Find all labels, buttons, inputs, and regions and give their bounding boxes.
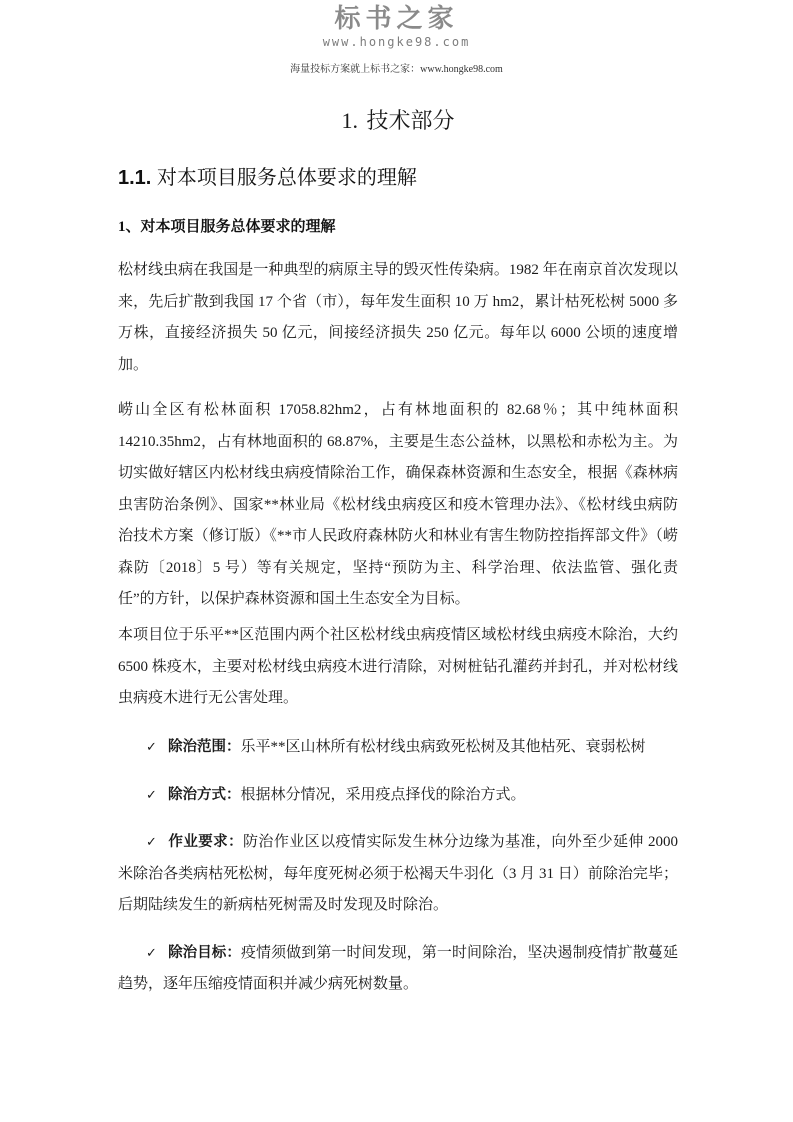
page-header: 标书之家 www.hongke98.com 海量投标方案就上标书之家：www.h…: [0, 4, 793, 77]
paragraph: 崂山全区有松林面积 17058.82hm2，占有林地面积的 82.68％；其中纯…: [118, 395, 678, 616]
checkmark-icon: ✓: [146, 938, 168, 970]
bullet-item: ✓除治方式：根据林分情况，采用疫点择伐的除治方式。: [118, 780, 678, 812]
bullet-label: 除治范围：: [168, 739, 241, 755]
bullet-label: 除治目标：: [168, 945, 241, 961]
paragraph: 松材线虫病在我国是一种典型的病原主导的毁灭性传染病。1982 年在南京首次发现以…: [118, 255, 678, 381]
chapter-title-text: 技术部分: [366, 108, 454, 133]
bullet-text: 乐平**区山林所有松材线虫病致死松树及其他枯死、衰弱松树: [241, 739, 646, 755]
bullet-text: 根据林分情况，采用疫点择伐的除治方式。: [241, 787, 526, 803]
bullet-item: ✓除治范围：乐平**区山林所有松材线虫病致死松树及其他枯死、衰弱松树: [118, 732, 678, 764]
header-slogan: 海量投标方案就上标书之家：www.hongke98.com: [0, 63, 793, 77]
logo-url: www.hongke98.com: [0, 35, 793, 49]
section-title: 1.1. 对本项目服务总体要求的理解: [118, 161, 417, 190]
subsection-title: 1、对本项目服务总体要求的理解: [118, 215, 336, 236]
bullet-item: ✓作业要求：防治作业区以疫情实际发生林分边缘为基准，向外至少延伸 2000 米除…: [118, 827, 678, 922]
checkmark-icon: ✓: [146, 827, 168, 859]
bullet-list: ✓除治范围：乐平**区山林所有松材线虫病致死松树及其他枯死、衰弱松树 ✓除治方式…: [118, 732, 678, 1017]
bullet-label: 作业要求：: [168, 834, 243, 850]
section-title-text: 对本项目服务总体要求的理解: [157, 167, 417, 189]
section-number: 1.1.: [118, 167, 151, 189]
bullet-label: 除治方式：: [168, 787, 241, 803]
chapter-number: 1.: [341, 108, 358, 133]
bullet-item: ✓除治目标：疫情须做到第一时间发现，第一时间除治，坚决遏制疫情扩散蔓延趋势，逐年…: [118, 938, 678, 1001]
checkmark-icon: ✓: [146, 732, 168, 764]
checkmark-icon: ✓: [146, 780, 168, 812]
logo-title: 标书之家: [0, 4, 793, 34]
paragraph: 本项目位于乐平**区范围内两个社区松材线虫病疫情区域松材线虫病疫木除治，大约 6…: [118, 620, 678, 715]
chapter-title: 1. 技术部分: [0, 104, 793, 135]
